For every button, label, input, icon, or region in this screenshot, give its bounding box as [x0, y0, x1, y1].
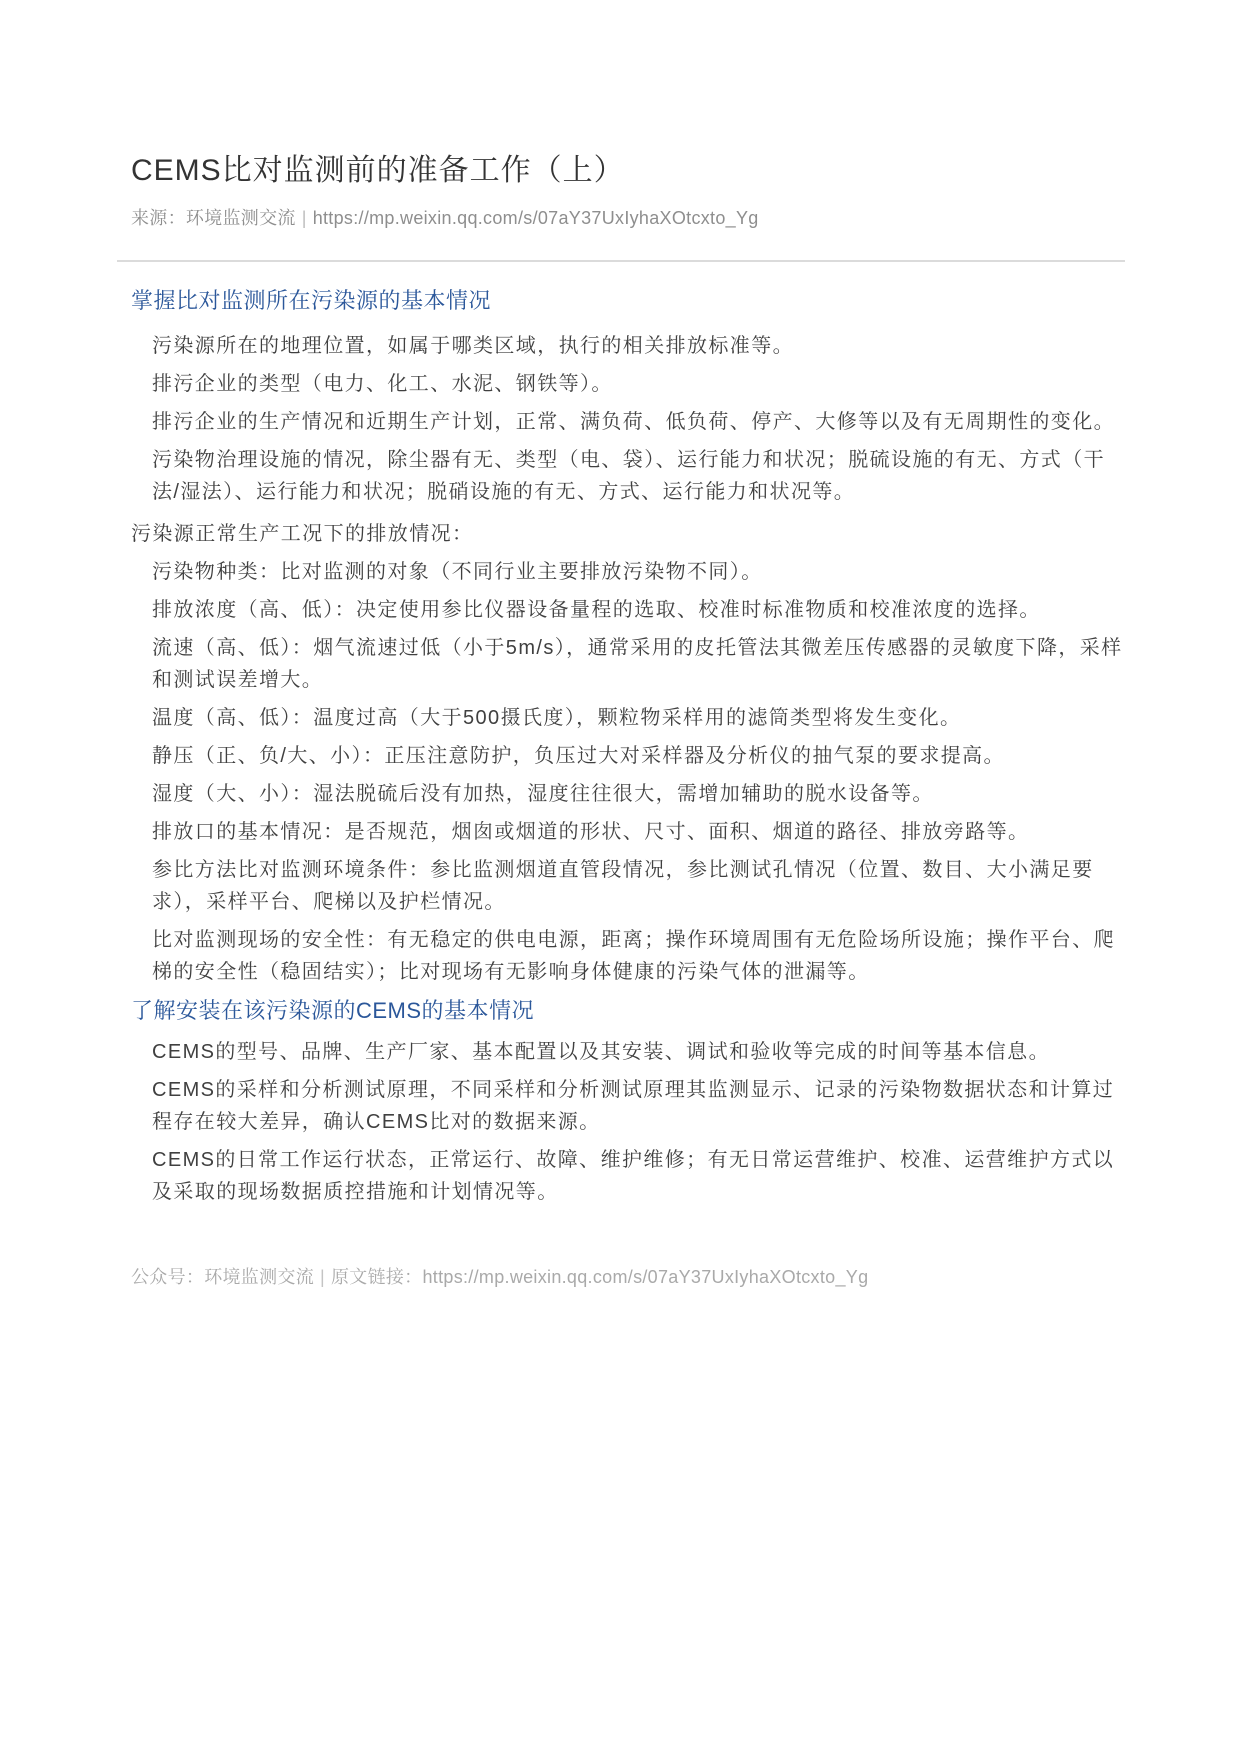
footer-url: https://mp.weixin.qq.com/s/07aY37UxIyhaX… [422, 1267, 868, 1287]
paragraph: 温度（高、低）：温度过高（大于500摄氏度），颗粒物采样用的滤筒类型将发生变化。 [152, 702, 1127, 734]
paragraph: 排污企业的类型（电力、化工、水泥、钢铁等）。 [152, 368, 1127, 400]
paragraph: 静压（正、负/大、小）：正压注意防护，负压过大对采样器及分析仪的抽气泵的要求提高… [152, 740, 1127, 772]
paragraph: 污染物治理设施的情况，除尘器有无、类型（电、袋）、运行能力和状况；脱硫设施的有无… [152, 444, 1127, 508]
paragraph: 污染源所在的地理位置，如属于哪类区域，执行的相关排放标准等。 [152, 330, 1127, 362]
section-heading-pollution-source: 掌握比对监测所在污染源的基本情况 [131, 286, 1125, 316]
source-label: 来源：环境监测交流 [131, 208, 296, 228]
page-title: CEMS比对监测前的准备工作（上） [131, 148, 1125, 193]
sub-heading-emission-conditions: 污染源正常生产工况下的排放情况： [131, 518, 1125, 550]
section-heading-cems-basics: 了解安装在该污染源的CEMS的基本情况 [131, 996, 1125, 1026]
header-divider [117, 260, 1125, 262]
source-line: 来源：环境监测交流|https://mp.weixin.qq.com/s/07a… [131, 206, 1125, 230]
footer-link-label: 原文链接： [331, 1267, 423, 1287]
paragraph: 比对监测现场的安全性：有无稳定的供电电源，距离；操作环境周围有无危险场所设施；操… [152, 924, 1127, 988]
paragraph: 参比方法比对监测环境条件：参比监测烟道直管段情况，参比测试孔情况（位置、数目、大… [152, 854, 1127, 918]
footer-separator: | [320, 1267, 325, 1287]
paragraph: 污染物种类：比对监测的对象（不同行业主要排放污染物不同）。 [152, 556, 1127, 588]
footer-account-label: 公众号：环境监测交流 [131, 1267, 314, 1287]
paragraph: 排污企业的生产情况和近期生产计划，正常、满负荷、低负荷、停产、大修等以及有无周期… [152, 406, 1127, 438]
paragraph: CEMS的日常工作运行状态，正常运行、故障、维护维修；有无日常运营维护、校准、运… [152, 1144, 1127, 1208]
paragraph: 流速（高、低）：烟气流速过低（小于5m/s），通常采用的皮托管法其微差压传感器的… [152, 632, 1127, 696]
paragraph: CEMS的型号、品牌、生产厂家、基本配置以及其安装、调试和验收等完成的时间等基本… [152, 1036, 1127, 1068]
paragraph: 湿度（大、小）：湿法脱硫后没有加热，湿度往往很大，需增加辅助的脱水设备等。 [152, 778, 1127, 810]
paragraph: 排放浓度（高、低）：决定使用参比仪器设备量程的选取、校准时标准物质和校准浓度的选… [152, 594, 1127, 626]
paragraph: CEMS的采样和分析测试原理，不同采样和分析测试原理其监测显示、记录的污染物数据… [152, 1074, 1127, 1138]
paragraph: 排放口的基本情况：是否规范，烟囱或烟道的形状、尺寸、面积、烟道的路径、排放旁路等… [152, 816, 1127, 848]
footer-line: 公众号：环境监测交流|原文链接：https://mp.weixin.qq.com… [131, 1265, 1125, 1289]
source-url: https://mp.weixin.qq.com/s/07aY37UxIyhaX… [313, 208, 759, 228]
document-page: CEMS比对监测前的准备工作（上） 来源：环境监测交流|https://mp.w… [117, 148, 1125, 1289]
source-separator: | [302, 208, 307, 228]
